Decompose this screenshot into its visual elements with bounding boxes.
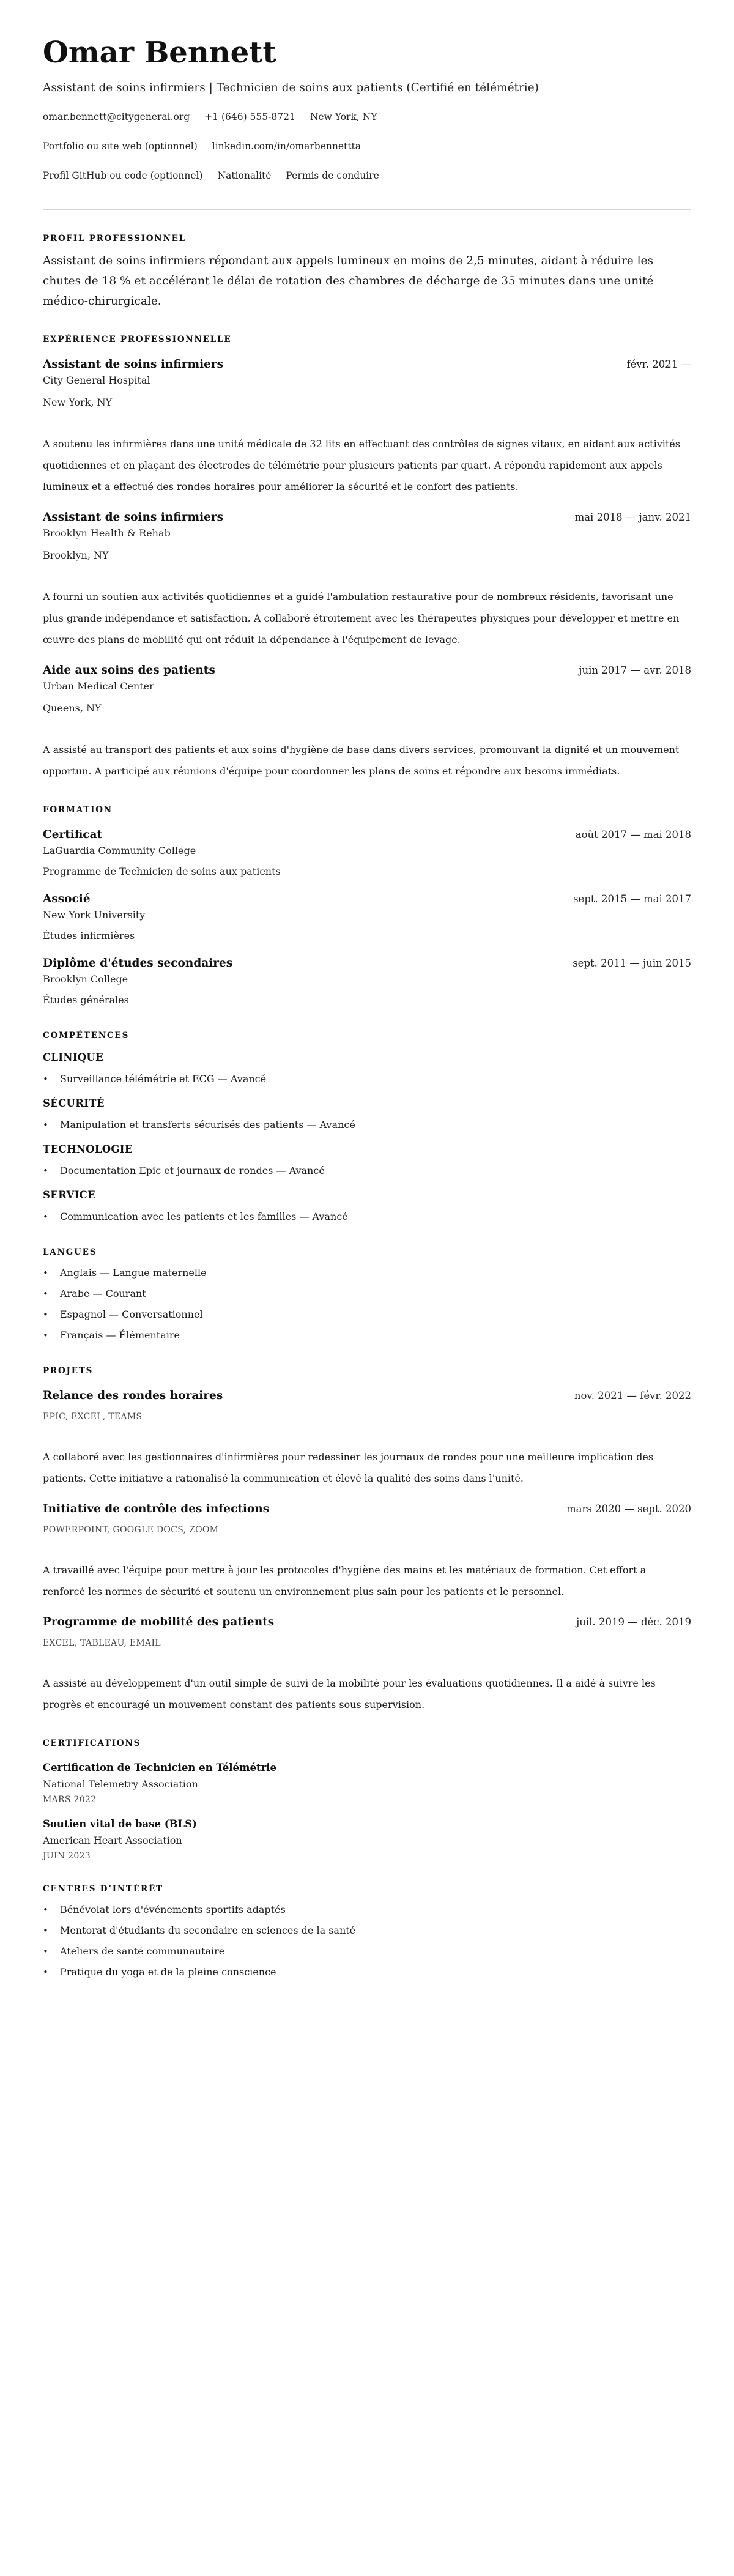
- skill-group-title: CLINIQUE: [43, 1052, 691, 1063]
- skill-group-clinical: CLINIQUE Surveillance télémétrie et ECG …: [43, 1052, 691, 1086]
- project-description: A travaillé avec l'équipe pour mettre à …: [43, 1559, 691, 1602]
- job-location: Queens, NY: [43, 701, 691, 716]
- field-of-study: Programme de Technicien de soins aux pat…: [43, 864, 691, 879]
- project-entry: Relance des rondes horaires nov. 2021 — …: [43, 1389, 691, 1489]
- certification-entry: Certification de Technicien en Télémétri…: [43, 1762, 691, 1805]
- field-of-study: Études infirmières: [43, 929, 691, 943]
- school-name: Brooklyn College: [43, 972, 691, 987]
- school-name: New York University: [43, 908, 691, 922]
- interest-item: Mentorat d'étudiants du secondaire en sc…: [43, 1923, 691, 1938]
- section-education: FORMATION Certificat août 2017 — mai 201…: [43, 805, 691, 1008]
- section-interests: CENTRES D’INTÉRÊT Bénévolat lors d'événe…: [43, 1884, 691, 1980]
- section-title-projects: PROJETS: [43, 1366, 691, 1376]
- job-description: A assisté au transport des patients et a…: [43, 739, 691, 782]
- job-dates: mai 2018 — janv. 2021: [575, 511, 691, 523]
- section-title-languages: LANGUES: [43, 1247, 691, 1257]
- candidate-name: Omar Bennett: [43, 35, 691, 71]
- section-title-education: FORMATION: [43, 805, 691, 815]
- job-location: New York, NY: [43, 395, 691, 410]
- contact-email[interactable]: omar.bennett@citygeneral.org: [43, 109, 190, 125]
- project-tools: POWERPOINT, GOOGLE DOCS, ZOOM: [43, 1525, 691, 1535]
- contact-row-extra: Profil GitHub ou code (optionnel) Nation…: [43, 168, 691, 184]
- skill-item: Documentation Epic et journaux de rondes…: [43, 1164, 691, 1178]
- experience-entry: Assistant de soins infirmiers mai 2018 —…: [43, 511, 691, 650]
- job-title: Assistant de soins infirmiers: [43, 511, 223, 524]
- degree-title: Certificat: [43, 828, 102, 841]
- education-dates: sept. 2015 — mai 2017: [573, 893, 691, 905]
- project-entry: Programme de mobilité des patients juil.…: [43, 1616, 691, 1715]
- section-title-summary: PROFIL PROFESSIONNEL: [43, 234, 691, 243]
- project-dates: mars 2020 — sept. 2020: [566, 1503, 691, 1515]
- certification-issuer: American Heart Association: [43, 1835, 691, 1846]
- certification-date: JUIN 2023: [43, 1851, 691, 1861]
- job-employer: City General Hospital: [43, 373, 691, 388]
- certification-date: MARS 2022: [43, 1795, 691, 1805]
- experience-entry: Assistant de soins infirmiers févr. 2021…: [43, 358, 691, 497]
- job-employer: Urban Medical Center: [43, 679, 691, 694]
- language-item: Arabe — Courant: [43, 1286, 691, 1301]
- section-certifications: CERTIFICATIONS Certification de Technici…: [43, 1739, 691, 1861]
- education-dates: août 2017 — mai 2018: [576, 829, 691, 841]
- education-entry: Diplôme d'études secondaires sept. 2011 …: [43, 957, 691, 1008]
- interest-item: Bénévolat lors d'événements sportifs ada…: [43, 1902, 691, 1917]
- experience-entry: Aide aux soins des patients juin 2017 — …: [43, 664, 691, 782]
- language-item: Français — Élémentaire: [43, 1328, 691, 1343]
- job-location: Brooklyn, NY: [43, 548, 691, 563]
- section-title-certifications: CERTIFICATIONS: [43, 1739, 691, 1748]
- job-description: A soutenu les infirmières dans une unité…: [43, 433, 691, 497]
- certification-issuer: National Telemetry Association: [43, 1778, 691, 1790]
- contact-linkedin[interactable]: linkedin.com/in/omarbennettta: [212, 138, 361, 154]
- section-title-experience: EXPÉRIENCE PROFESSIONNELLE: [43, 335, 691, 344]
- header-divider: [43, 209, 691, 210]
- project-tools: EPIC, EXCEL, TEAMS: [43, 1412, 691, 1422]
- education-dates: sept. 2011 — juin 2015: [573, 957, 691, 969]
- interest-item: Pratique du yoga et de la pleine conscie…: [43, 1965, 691, 1980]
- education-entry: Certificat août 2017 — mai 2018 LaGuardi…: [43, 828, 691, 879]
- section-projects: PROJETS Relance des rondes horaires nov.…: [43, 1366, 691, 1715]
- section-experience: EXPÉRIENCE PROFESSIONNELLE Assistant de …: [43, 335, 691, 782]
- certification-name: Certification de Technicien en Télémétri…: [43, 1762, 691, 1773]
- contact-phone[interactable]: +1 (646) 555-8721: [204, 109, 295, 125]
- job-employer: Brooklyn Health & Rehab: [43, 526, 691, 541]
- language-item: Anglais — Langue maternelle: [43, 1266, 691, 1280]
- contact-nationality: Nationalité: [218, 168, 272, 184]
- project-description: A collaboré avec les gestionnaires d'inf…: [43, 1446, 691, 1489]
- education-entry: Associé sept. 2015 — mai 2017 New York U…: [43, 893, 691, 943]
- contact-location: New York, NY: [310, 109, 377, 125]
- skill-group-technology: TECHNOLOGIE Documentation Epic et journa…: [43, 1143, 691, 1178]
- degree-title: Diplôme d'études secondaires: [43, 957, 232, 970]
- section-title-interests: CENTRES D’INTÉRÊT: [43, 1884, 691, 1894]
- certification-name: Soutien vital de base (BLS): [43, 1818, 691, 1830]
- skill-item: Surveillance télémétrie et ECG — Avancé: [43, 1072, 691, 1086]
- resume-header: Omar Bennett Assistant de soins infirmie…: [43, 35, 691, 210]
- job-dates: févr. 2021 —: [627, 358, 692, 370]
- contact-portfolio[interactable]: Portfolio ou site web (optionnel): [43, 138, 198, 154]
- section-skills: COMPÉTENCES CLINIQUE Surveillance télémé…: [43, 1031, 691, 1224]
- job-title: Aide aux soins des patients: [43, 664, 215, 677]
- candidate-headline: Assistant de soins infirmiers | Technici…: [43, 81, 691, 95]
- project-title: Programme de mobilité des patients: [43, 1616, 274, 1628]
- project-dates: nov. 2021 — févr. 2022: [574, 1390, 691, 1401]
- contact-row-links: Portfolio ou site web (optionnel) linked…: [43, 138, 691, 154]
- interest-item: Ateliers de santé communautaire: [43, 1944, 691, 1959]
- skill-group-title: SERVICE: [43, 1189, 691, 1201]
- certification-entry: Soutien vital de base (BLS) American Hea…: [43, 1818, 691, 1861]
- job-title: Assistant de soins infirmiers: [43, 358, 223, 371]
- project-title: Initiative de contrôle des infections: [43, 1502, 269, 1515]
- skill-group-title: SÉCURITÉ: [43, 1097, 691, 1109]
- degree-title: Associé: [43, 893, 91, 905]
- contact-row-primary: omar.bennett@citygeneral.org +1 (646) 55…: [43, 109, 691, 125]
- job-dates: juin 2017 — avr. 2018: [579, 664, 691, 676]
- language-item: Espagnol — Conversationnel: [43, 1307, 691, 1322]
- skill-item: Manipulation et transferts sécurisés des…: [43, 1118, 691, 1132]
- field-of-study: Études générales: [43, 993, 691, 1008]
- section-languages: LANGUES Anglais — Langue maternelle Arab…: [43, 1247, 691, 1343]
- summary-text: Assistant de soins infirmiers répondant …: [43, 251, 691, 311]
- job-description: A fourni un soutien aux activités quotid…: [43, 586, 691, 650]
- resume-page: Omar Bennett Assistant de soins infirmie…: [0, 0, 734, 2016]
- languages-list: Anglais — Langue maternelle Arabe — Cour…: [43, 1266, 691, 1343]
- section-summary: PROFIL PROFESSIONNEL Assistant de soins …: [43, 234, 691, 311]
- project-description: A assisté au développement d'un outil si…: [43, 1672, 691, 1715]
- skill-group-safety: SÉCURITÉ Manipulation et transferts sécu…: [43, 1097, 691, 1132]
- skill-group-title: TECHNOLOGIE: [43, 1143, 691, 1155]
- interests-list: Bénévolat lors d'événements sportifs ada…: [43, 1902, 691, 1980]
- contact-driving-license: Permis de conduire: [286, 168, 379, 184]
- contact-github[interactable]: Profil GitHub ou code (optionnel): [43, 168, 203, 184]
- project-tools: EXCEL, TABLEAU, EMAIL: [43, 1638, 691, 1648]
- section-title-skills: COMPÉTENCES: [43, 1031, 691, 1041]
- project-title: Relance des rondes horaires: [43, 1389, 223, 1402]
- skill-group-service: SERVICE Communication avec les patients …: [43, 1189, 691, 1224]
- skill-item: Communication avec les patients et les f…: [43, 1209, 691, 1224]
- project-dates: juil. 2019 — déc. 2019: [576, 1616, 691, 1628]
- project-entry: Initiative de contrôle des infections ma…: [43, 1502, 691, 1602]
- school-name: LaGuardia Community College: [43, 844, 691, 858]
